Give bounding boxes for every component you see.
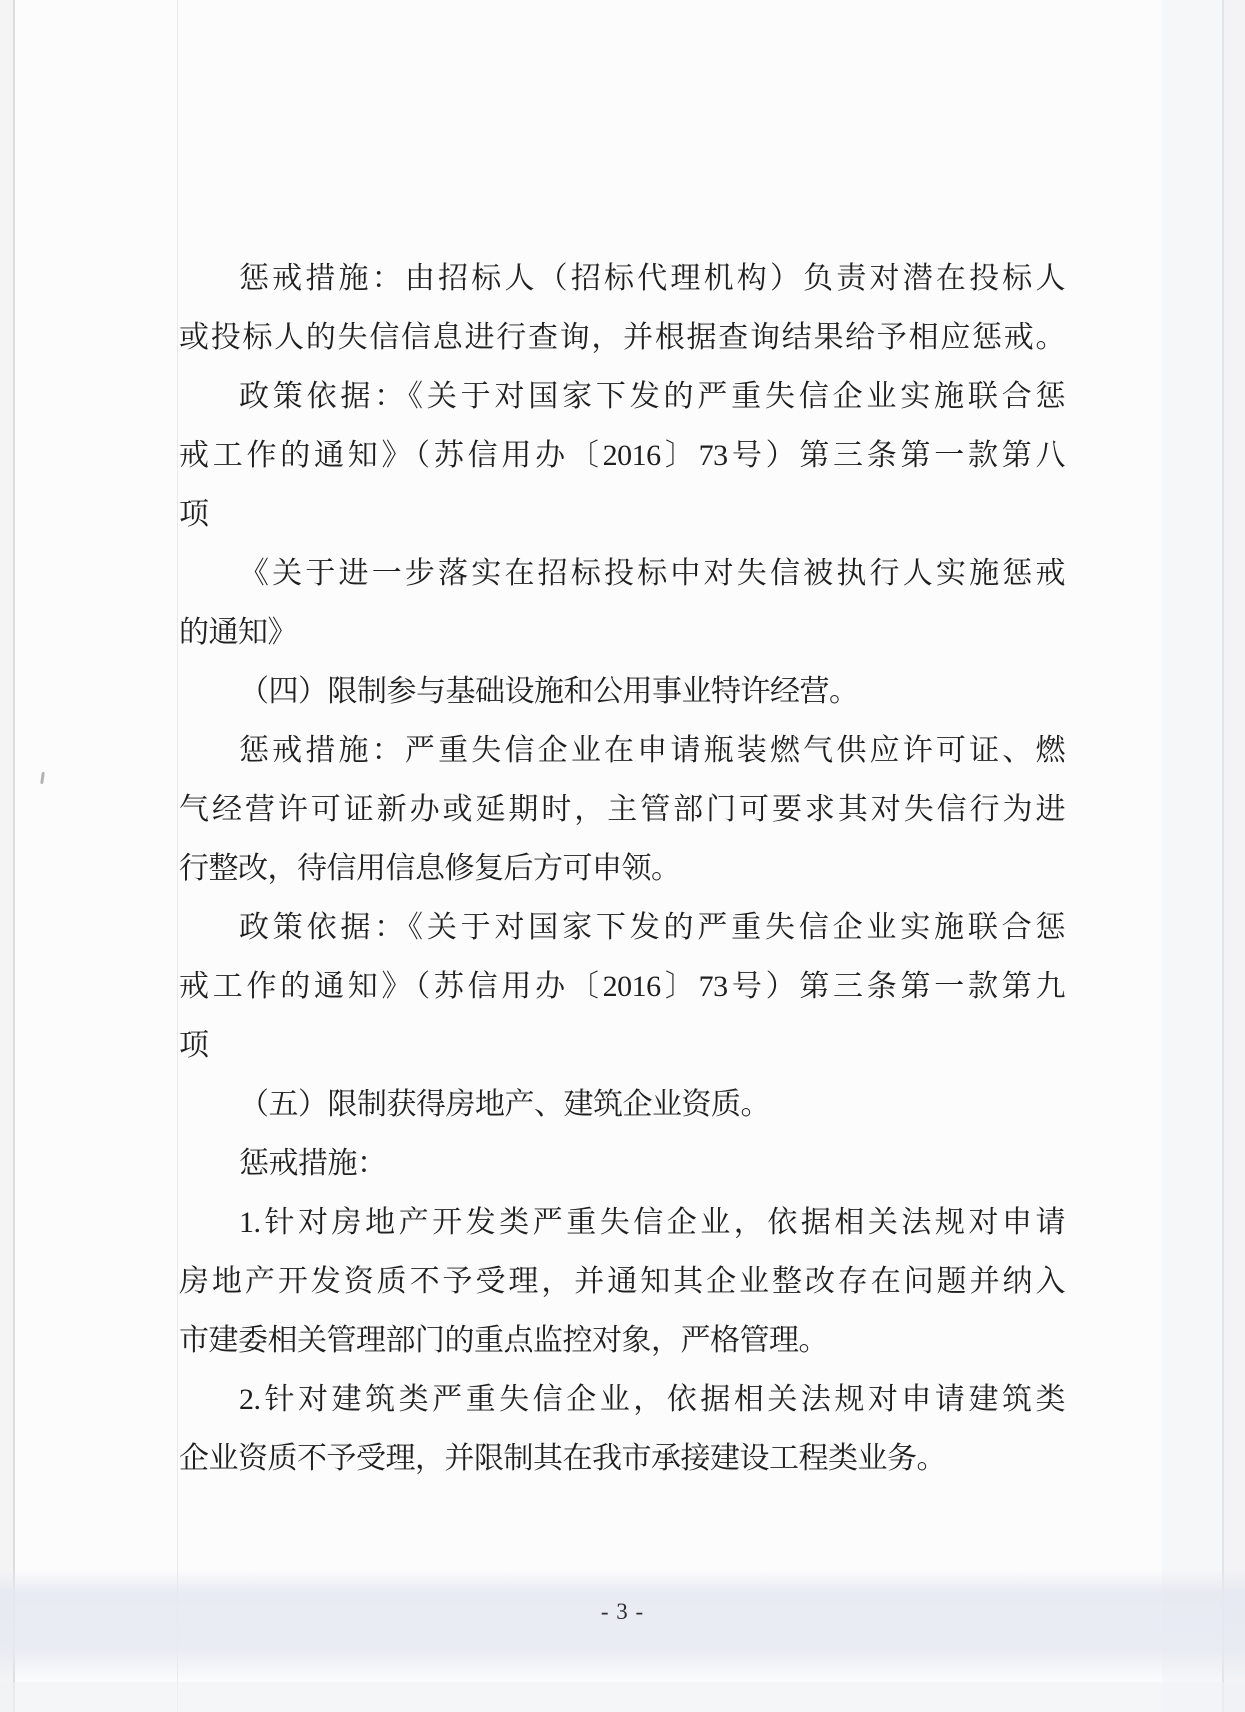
document-line: 1.针对房地产开发类严重失信企业，依据相关法规对申请	[179, 1193, 1065, 1252]
document-line: 戒工作的通知》（苏信用办〔2016〕73号）第三条第一款第八	[179, 426, 1065, 485]
document-line: 或投标人的失信信息进行查询，并根据查询结果给予相应惩戒。	[179, 308, 1065, 367]
page-fold-line	[177, 0, 178, 1712]
page-left-margin-strip	[0, 0, 13, 1712]
document-line: 项	[179, 485, 1065, 544]
page-number: - 3 -	[0, 1596, 1245, 1628]
document-line: 行整改，待信用信息修复后方可申领。	[179, 839, 1065, 898]
document-line: （四）限制参与基础设施和公用事业特许经营。	[179, 662, 1065, 721]
document-line: 2.针对建筑类严重失信企业，依据相关法规对申请建筑类	[179, 1370, 1065, 1429]
scanned-document-page: 惩戒措施：由招标人（招标代理机构）负责对潜在投标人或投标人的失信信息进行查询，并…	[0, 0, 1245, 1712]
document-body: 惩戒措施：由招标人（招标代理机构）负责对潜在投标人或投标人的失信信息进行查询，并…	[179, 249, 1065, 1488]
document-line: 惩戒措施：严重失信企业在申请瓶装燃气供应许可证、燃	[179, 721, 1065, 780]
document-line: 项	[179, 1016, 1065, 1075]
document-line: 政策依据：《关于对国家下发的严重失信企业实施联合惩	[179, 367, 1065, 426]
page-right-margin-strip	[1224, 0, 1245, 1712]
scan-dust-speck	[40, 772, 45, 784]
document-line: （五）限制获得房地产、建筑企业资质。	[179, 1075, 1065, 1134]
document-line: 惩戒措施：由招标人（招标代理机构）负责对潜在投标人	[179, 249, 1065, 308]
document-line: 政策依据：《关于对国家下发的严重失信企业实施联合惩	[179, 898, 1065, 957]
scan-bottom-band	[0, 1682, 1245, 1712]
document-line: 房地产开发资质不予受理，并通知其企业整改存在问题并纳入	[179, 1252, 1065, 1311]
page-left-edge-line	[13, 0, 15, 1712]
document-line: 惩戒措施：	[179, 1134, 1065, 1193]
document-line: 市建委相关管理部门的重点监控对象，严格管理。	[179, 1311, 1065, 1370]
document-line: 企业资质不予受理，并限制其在我市承接建设工程类业务。	[179, 1429, 1065, 1488]
document-line: 戒工作的通知》（苏信用办〔2016〕73号）第三条第一款第九	[179, 957, 1065, 1016]
document-line: 《关于进一步落实在招标投标中对失信被执行人实施惩戒	[179, 544, 1065, 603]
document-line: 的通知》	[179, 603, 1065, 662]
document-line: 气经营许可证新办或延期时，主管部门可要求其对失信行为进	[179, 780, 1065, 839]
page-right-shade	[1162, 0, 1222, 1712]
